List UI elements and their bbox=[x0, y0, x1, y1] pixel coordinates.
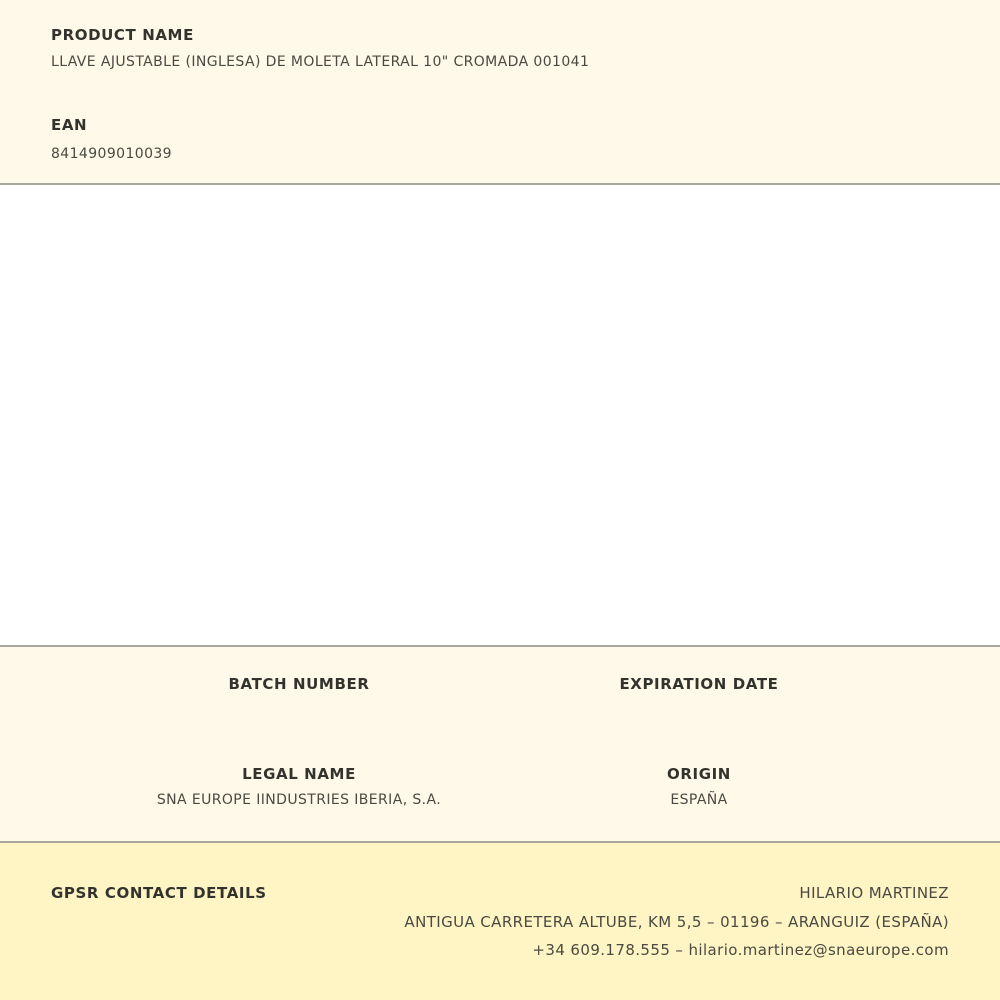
ean-value: 8414909010039 bbox=[51, 146, 172, 162]
batch-number-label: BATCH NUMBER bbox=[99, 675, 499, 693]
info-section: BATCH NUMBER EXPIRATION DATE LEGAL NAME … bbox=[0, 645, 1000, 843]
product-section: PRODUCT NAME LLAVE AJUSTABLE (INGLESA) D… bbox=[0, 0, 1000, 185]
contact-name: HILARIO MARTINEZ bbox=[404, 884, 949, 902]
legal-name-field: LEGAL NAME SNA EUROPE IINDUSTRIES IBERIA… bbox=[99, 765, 499, 808]
contact-address: ANTIGUA CARRETERA ALTUBE, KM 5,5 – 01196… bbox=[404, 908, 949, 936]
legal-name-label: LEGAL NAME bbox=[99, 765, 499, 783]
contact-details: HILARIO MARTINEZ ANTIGUA CARRETERA ALTUB… bbox=[404, 884, 949, 964]
gpsr-contact-section: GPSR CONTACT DETAILS HILARIO MARTINEZ AN… bbox=[0, 843, 1000, 1000]
contact-phone-email: +34 609.178.555 – hilario.martinez@snaeu… bbox=[404, 936, 949, 964]
product-image-area bbox=[0, 187, 1000, 645]
product-name-label: PRODUCT NAME bbox=[51, 26, 194, 44]
gpsr-contact-label: GPSR CONTACT DETAILS bbox=[51, 884, 267, 902]
batch-number-field: BATCH NUMBER bbox=[99, 675, 499, 702]
origin-label: ORIGIN bbox=[499, 765, 899, 783]
ean-label: EAN bbox=[51, 116, 87, 134]
origin-field: ORIGIN ESPAÑA bbox=[499, 765, 899, 808]
expiration-date-label: EXPIRATION DATE bbox=[499, 675, 899, 693]
origin-value: ESPAÑA bbox=[499, 792, 899, 808]
legal-name-value: SNA EUROPE IINDUSTRIES IBERIA, S.A. bbox=[99, 792, 499, 808]
product-name-value: LLAVE AJUSTABLE (INGLESA) DE MOLETA LATE… bbox=[51, 54, 589, 70]
expiration-date-field: EXPIRATION DATE bbox=[499, 675, 899, 702]
